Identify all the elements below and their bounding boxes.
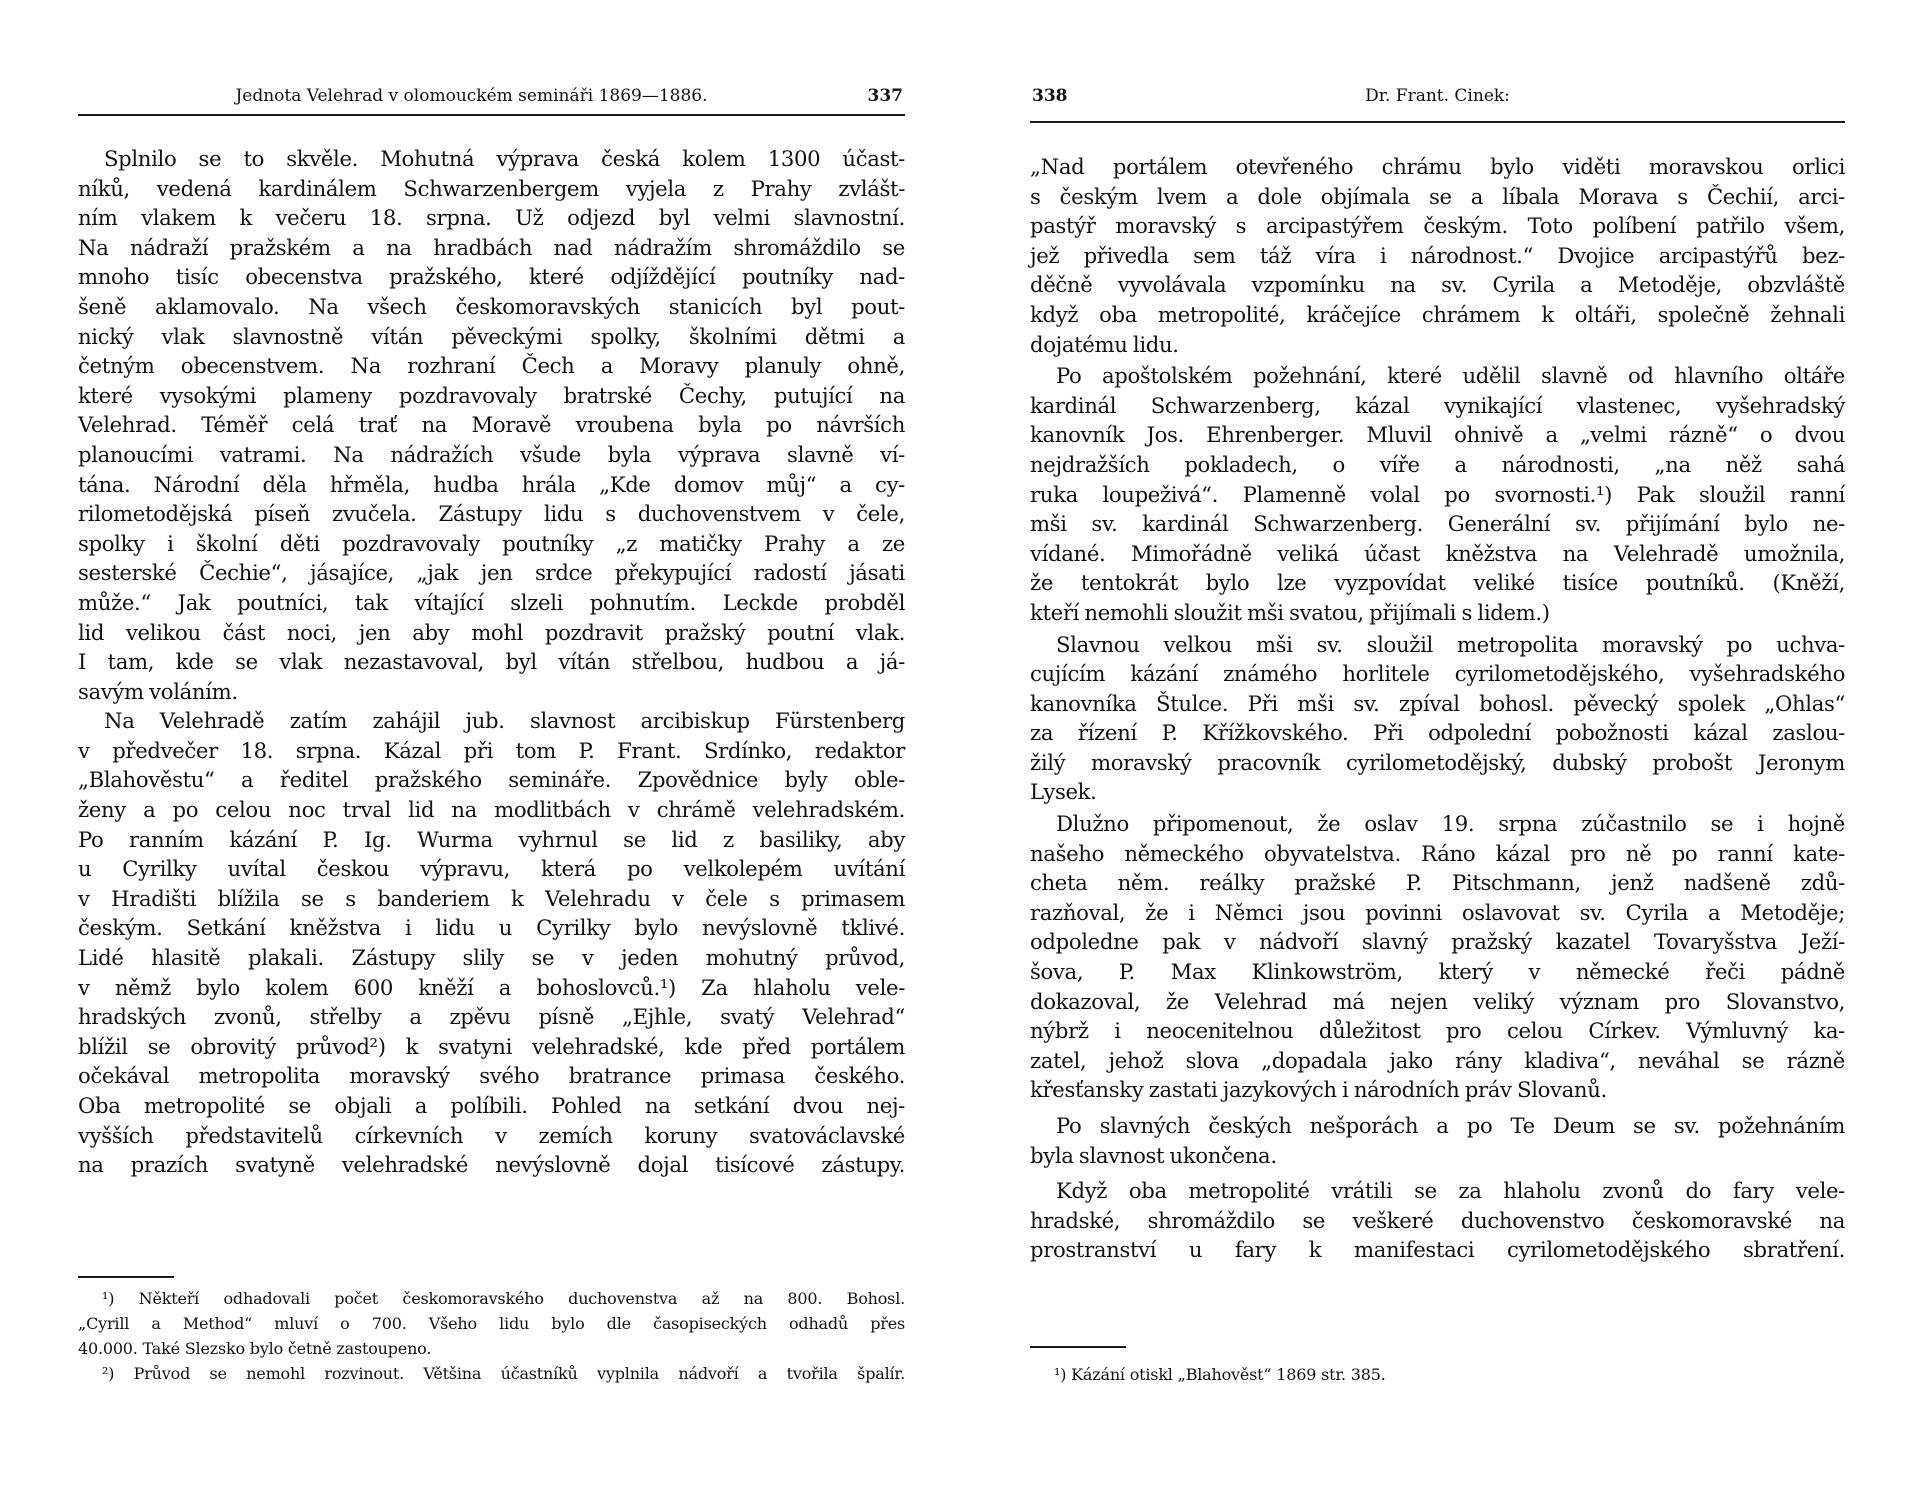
text-line: Slavnou velkou mši sv. sloužil metropoli… [1030, 630, 1845, 660]
running-head-title: Dr. Frant. Cinek: [1030, 86, 1845, 106]
text-line: nejdražších pokladech, o víře a národnos… [1030, 450, 1845, 480]
paragraph: Dlužno připomenout, že oslav 19. srpna z… [1030, 809, 1845, 1105]
footnotes: ¹) Kázání otiskl „Blahověst“ 1869 str. 3… [1030, 1362, 1845, 1387]
footnote: ¹) Kázání otiskl „Blahověst“ 1869 str. 3… [1030, 1362, 1845, 1387]
header-rule [1030, 121, 1845, 123]
text-line: blížil se obrovitý průvod²) k svatyni ve… [78, 1032, 905, 1062]
text-line: kanovník Jos. Ehrenberger. Mluvil ohnivě… [1030, 420, 1845, 450]
text-line: Splnilo se to skvěle. Mohutná výprava če… [78, 144, 905, 174]
paragraph: „Nad portálem otevřeného chrámu bylo vid… [1030, 152, 1845, 359]
text-line: pastýř moravský s arcipastýřem českým. T… [1030, 211, 1845, 241]
footnote: ²) Průvod se nemohl rozvinout. Většina ú… [78, 1361, 905, 1386]
paragraph: Když oba metropolité vrátili se za hlaho… [1030, 1176, 1845, 1265]
text-line: Po ranním kázání P. Ig. Wurma vyhrnul se… [78, 825, 905, 855]
text-line: Na nádraží pražském a na hradbách nad ná… [78, 233, 905, 263]
text-line: jež přivedla sem táž víra i národnost.“ … [1030, 241, 1845, 271]
text-line: v předvečer 18. srpna. Kázal při tom P. … [78, 736, 905, 766]
text-line: planoucími vatrami. Na nádražích všude b… [78, 440, 905, 470]
paragraph: Splnilo se to skvěle. Mohutná výprava če… [78, 144, 905, 706]
text-line: žilý moravský pracovník cyrilometodějský… [1030, 748, 1845, 778]
footnote-line: 40.000. Také Slezsko bylo četně zastoupe… [78, 1336, 905, 1361]
text-line: šeně aklamovalo. Na všech českomoravskýc… [78, 292, 905, 322]
paragraph: Slavnou velkou mši sv. sloužil metropoli… [1030, 630, 1845, 808]
footnote-marker: ²) [102, 1364, 114, 1383]
text-line: dojatému lidu. [1030, 330, 1845, 360]
text-line: s českým lvem a dole objímala se a líbal… [1030, 182, 1845, 212]
text-line: ním vlakem k večeru 18. srpna. Už odjezd… [78, 203, 905, 233]
text-line: ruka loupeživá“. Plamenně volal po svorn… [1030, 480, 1845, 510]
text-line: za řízení P. Křížkovského. Při odpolední… [1030, 718, 1845, 748]
text-line: spolky i školní děti pozdravovaly poutní… [78, 529, 905, 559]
text-line: očekával metropolita moravský svého brat… [78, 1061, 905, 1091]
text-line: křesťansky zastati jazykových i národníc… [1030, 1075, 1845, 1105]
text-line: že tentokrát bylo lze vyzpovídat veliké … [1030, 568, 1845, 598]
text-line: u Cyrilky uvítal českou výpravu, která p… [78, 854, 905, 884]
text-line: níků, vedená kardinálem Schwarzenbergem … [78, 174, 905, 204]
text-line: „Nad portálem otevřeného chrámu bylo vid… [1030, 152, 1845, 182]
text-line: Po slavných českých nešporách a po Te De… [1030, 1111, 1845, 1141]
text-line: děčně vyvolávala vzpomínku na sv. Cyrila… [1030, 270, 1845, 300]
header-rule [78, 114, 905, 116]
text-line: vídané. Mimořádně veliká účast kněžstva … [1030, 539, 1845, 569]
text-line: kardinál Schwarzenberg, kázal vynikající… [1030, 391, 1845, 421]
text-line: odpoledne pak v nádvoří slavný pražský k… [1030, 927, 1845, 957]
footnote-line: „Cyrill a Method“ mluví o 700. Všeho lid… [78, 1311, 905, 1336]
text-line: Na Velehradě zatím zahájil jub. slavnost… [78, 706, 905, 736]
text-line: razňoval, že i Němci jsou povinni oslavo… [1030, 898, 1845, 928]
text-line: Lysek. [1030, 777, 1845, 807]
paragraph: Po slavných českých nešporách a po Te De… [1030, 1111, 1845, 1170]
text-line: nický vlak slavnostně vítán pěveckými sp… [78, 322, 905, 352]
footnote-marker: ¹) [102, 1289, 114, 1308]
text-line: I tam, kde se vlak nezastavoval, byl vít… [78, 647, 905, 677]
text-line: dokazoval, že Velehrad má nejen veliký v… [1030, 987, 1845, 1017]
page-number: 337 [868, 86, 904, 106]
text-line: byla slavnost ukončena. [1030, 1141, 1845, 1171]
text-line: Velehrad. Téměř celá trať na Moravě vrou… [78, 410, 905, 440]
text-line: vyšších představitelů církevních v zemíc… [78, 1121, 905, 1151]
text-line: nýbrž i neocenitelnou důležitost pro cel… [1030, 1016, 1845, 1046]
text-line: kteří nemohli sloužit mši svatou, přijím… [1030, 598, 1845, 628]
running-head: Jednota Velehrad v olomouckém semináři 1… [78, 86, 905, 116]
running-head-title: Jednota Velehrad v olomouckém semináři 1… [78, 86, 905, 106]
text-line: tána. Národní děla hřměla, hudba hrála „… [78, 470, 905, 500]
text-line: savým voláním. [78, 677, 905, 707]
text-line: šova, P. Max Klinkowström, který v němec… [1030, 957, 1845, 987]
text-line: hradské, shromáždilo se veškeré duchoven… [1030, 1206, 1845, 1236]
text-line: kanovníka Štulce. Při mši sv. zpíval boh… [1030, 689, 1845, 719]
text-line: rilometodějská píseň zvučela. Zástupy li… [78, 499, 905, 529]
footnote-rule [78, 1276, 174, 1278]
text-line: prostranství u fary k manifestaci cyrilo… [1030, 1235, 1845, 1265]
text-line: sesterské Čechie“, jásajíce, „jak jen sr… [78, 558, 905, 588]
text-line: zatel, jehož slova „dopadala jako rány k… [1030, 1046, 1845, 1076]
text-line: Když oba metropolité vrátili se za hlaho… [1030, 1176, 1845, 1206]
text-line: mnoho tisíc obecenstva pražského, které … [78, 262, 905, 292]
text-line: které vysokými plameny pozdravovaly brat… [78, 381, 905, 411]
text-line: cheta něm. reálky pražské P. Pitschmann,… [1030, 868, 1845, 898]
text-line: Oba metropolité se objali a políbili. Po… [78, 1091, 905, 1121]
text-line: lid velikou část noci, jen aby mohl pozd… [78, 618, 905, 648]
text-line: Lidé hlasitě plakali. Zástupy slily se v… [78, 943, 905, 973]
text-line: Po apoštolském požehnání, které udělil s… [1030, 361, 1845, 391]
body-text: „Nad portálem otevřeného chrámu bylo vid… [1030, 152, 1845, 1265]
body-text: Splnilo se to skvěle. Mohutná výprava če… [78, 144, 905, 1180]
running-head: 338 Dr. Frant. Cinek: [1030, 86, 1845, 116]
paragraph: Po apoštolském požehnání, které udělil s… [1030, 361, 1845, 627]
text-line: „Blahověstu“ a ředitel pražského seminář… [78, 765, 905, 795]
text-line: českým. Setkání kněžstva i lidu u Cyrilk… [78, 913, 905, 943]
paragraph: Na Velehradě zatím zahájil jub. slavnost… [78, 706, 905, 1180]
text-line: ženy a po celou noc trval lid na modlitb… [78, 795, 905, 825]
footnote-line: ¹) Někteří odhadovali počet českomoravsk… [78, 1286, 905, 1311]
text-line: hradských zvonů, střelby a zpěvu písně „… [78, 1002, 905, 1032]
footnote: ¹) Někteří odhadovali počet českomoravsk… [78, 1286, 905, 1361]
text-line: když oba metropolité, kráčejíce chrámem … [1030, 300, 1845, 330]
footnote-rule [1030, 1346, 1126, 1348]
text-line: četným obecenstvem. Na rozhraní Čech a M… [78, 351, 905, 381]
text-line: může.“ Jak poutníci, tak vítající slzeli… [78, 588, 905, 618]
footnote-line: ¹) Kázání otiskl „Blahověst“ 1869 str. 3… [1030, 1362, 1845, 1387]
footnote-line: ²) Průvod se nemohl rozvinout. Většina ú… [78, 1361, 905, 1386]
text-line: v němž bylo kolem 600 kněží a bohoslovců… [78, 973, 905, 1003]
text-line: mši sv. kardinál Schwarzenberg. Generáln… [1030, 509, 1845, 539]
footnotes: ¹) Někteří odhadovali počet českomoravsk… [78, 1286, 905, 1386]
text-line: Dlužno připomenout, že oslav 19. srpna z… [1030, 809, 1845, 839]
text-line: našeho německého obyvatelstva. Ráno káza… [1030, 839, 1845, 869]
footnote-marker: ¹) [1054, 1365, 1066, 1384]
text-line: v Hradišti blížila se s banderiem k Vele… [78, 884, 905, 914]
text-line: na prazích svatyně velehradské nevýslovn… [78, 1150, 905, 1180]
text-line: cujícím kázání známého horlitele cyrilom… [1030, 659, 1845, 689]
